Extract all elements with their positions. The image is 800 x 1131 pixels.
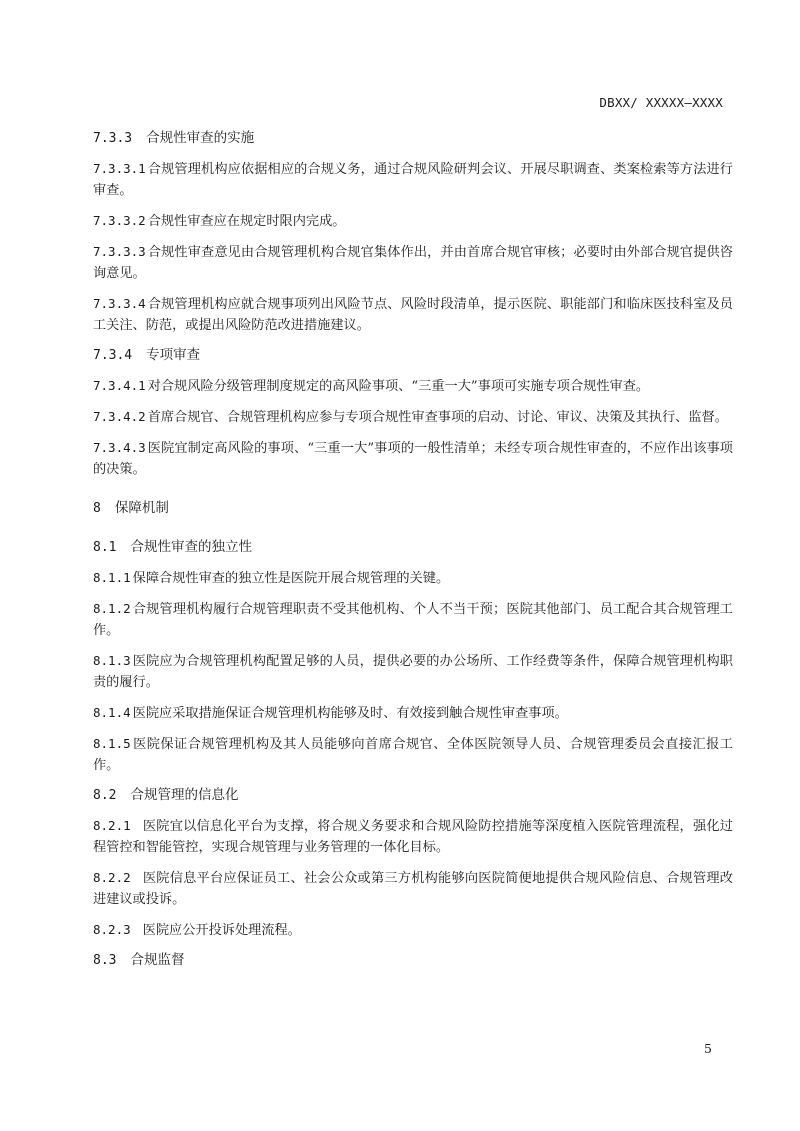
chapter-heading-8: 8保障机制	[93, 498, 733, 519]
section-title: 合规性审查的实施	[146, 130, 254, 146]
section-title: 合规管理的信息化	[130, 787, 238, 803]
chapter-number: 8	[93, 499, 101, 519]
section-heading-8-3: 8.3合规监督	[93, 950, 733, 971]
clause-8-1-4: 8.1.4医院应采取措施保证合规管理机构能够及时、有效接到触合规性审查事项。	[93, 702, 733, 724]
section-heading-8-1: 8.1合规性审查的独立性	[93, 537, 733, 558]
section-title: 合规性审查的独立性	[130, 539, 252, 555]
clause-7-3-4-1: 7.3.4.1对合规风险分级管理制度规定的高风险事项、“三重一大”事项可实施专项…	[93, 375, 733, 397]
clause-8-2-2: 8.2.2医院信息平台应保证员工、社会公众或第三方机构能够向医院简便地提供合规风…	[93, 867, 733, 910]
clause-7-3-3-3: 7.3.3.3合规性审查意见由合规管理机构合规官集体作出，并由首席合规官审核；必…	[93, 241, 733, 284]
clause-8-1-3: 8.1.3医院应为合规管理机构配置足够的人员，提供必要的办公场所、工作经费等条件…	[93, 650, 733, 693]
clause-8-1-5: 8.1.5医院保证合规管理机构及其人员能够向首席合规官、全体医院领导人员、合规管…	[93, 733, 733, 776]
section-heading-7-3-3: 7.3.3合规性审查的实施	[93, 128, 733, 149]
chapter-title: 保障机制	[115, 500, 169, 516]
section-number: 7.3.3	[93, 129, 132, 149]
clause-7-3-4-3: 7.3.4.3医院宜制定高风险的事项、“三重一大”事项的一般性清单；未经专项合规…	[93, 437, 733, 480]
section-number: 7.3.4	[93, 346, 132, 366]
section-title: 专项审查	[146, 347, 200, 363]
section-title: 合规监督	[130, 952, 184, 968]
clause-7-3-3-4: 7.3.3.4合规管理机构应就合规事项列出风险节点、风险时段清单，提示医院、职能…	[93, 293, 733, 336]
document-code-header: DBXX/ XXXXX—XXXX	[599, 95, 723, 110]
section-heading-8-2: 8.2合规管理的信息化	[93, 785, 733, 806]
clause-8-1-1: 8.1.1保障合规性审查的独立性是医院开展合规管理的关键。	[93, 567, 733, 589]
clause-7-3-3-2: 7.3.3.2合规性审查应在规定时限内完成。	[93, 210, 733, 232]
section-number: 8.3	[93, 951, 116, 971]
section-number: 8.1	[93, 538, 116, 558]
clause-7-3-4-2: 7.3.4.2首席合规官、合规管理机构应参与专项合规性审查事项的启动、讨论、审议…	[93, 406, 733, 428]
clause-8-1-2: 8.1.2合规管理机构履行合规管理职责不受其他机构、个人不当干预；医院其他部门、…	[93, 598, 733, 641]
section-number: 8.2	[93, 786, 116, 806]
document-body: 7.3.3合规性审查的实施 7.3.3.1合规管理机构应依据相应的合规义务，通过…	[93, 128, 733, 971]
clause-7-3-3-1: 7.3.3.1合规管理机构应依据相应的合规义务，通过合规风险研判会议、开展尽职调…	[93, 158, 733, 201]
clause-8-2-3: 8.2.3医院应公开投诉处理流程。	[93, 919, 733, 941]
section-heading-7-3-4: 7.3.4专项审查	[93, 345, 733, 366]
page-number: 5	[704, 1041, 712, 1056]
clause-8-2-1: 8.2.1医院宜以信息化平台为支撑，将合规义务要求和合规风险防控措施等深度植入医…	[93, 815, 733, 858]
